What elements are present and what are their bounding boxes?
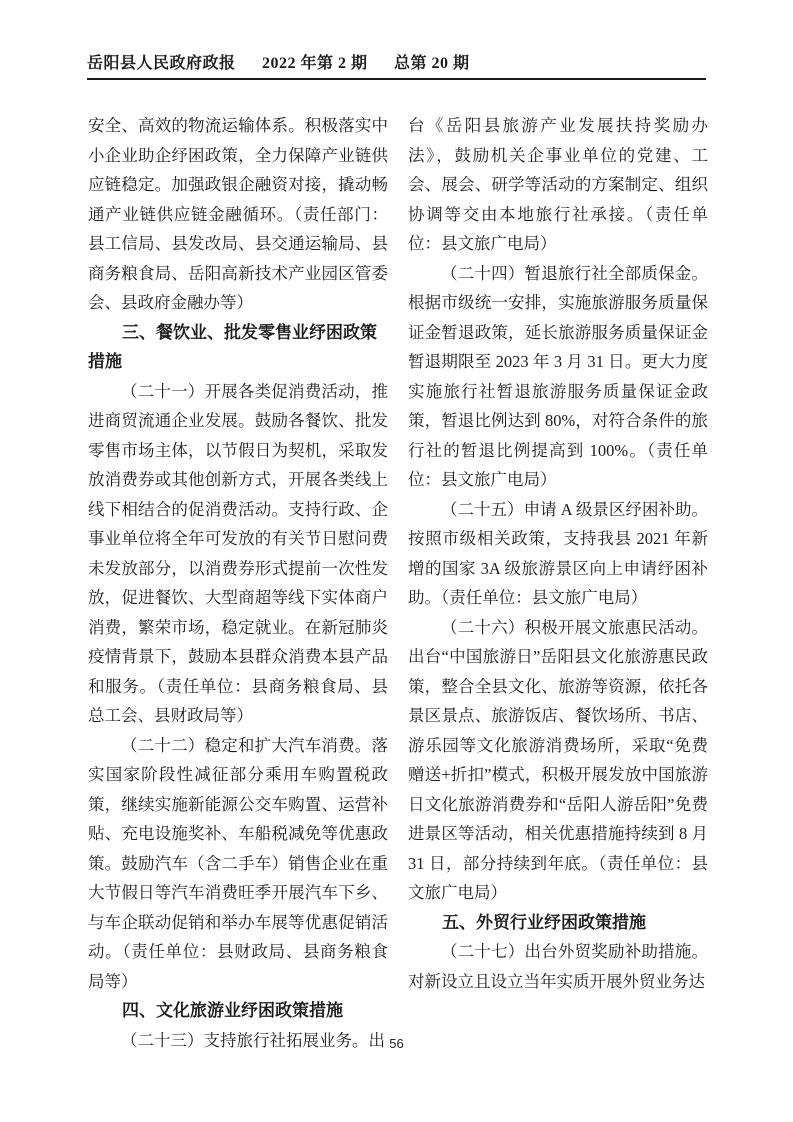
body-paragraph: （二十一）开展各类促消费活动，推进商贸流通企业发展。鼓励各餐饮、批发零售市场主体… [88, 377, 388, 731]
body-paragraph: （二十六）积极开展文旅惠民活动。出台“中国旅游日”岳阳县文化旅游惠民政策，整合全… [408, 613, 708, 908]
section-heading: 五、外贸行业纾困政策措施 [408, 908, 708, 938]
body-paragraph: （二十五）申请 A 级景区纾困补助。按照市级相关政策，支持我县 2021 年新增… [408, 495, 708, 613]
gazette-page: 岳阳县人民政府政报 2022 年第 2 期 总第 20 期 安全、高效的物流运输… [0, 0, 793, 1122]
section-heading: 四、文化旅游业纾困政策措施 [88, 996, 388, 1026]
gazette-title: 岳阳县人民政府政报 [87, 50, 236, 73]
body-paragraph: （二十七）出台外贸奖励补助措施。对新设立且设立当年实质开展外贸业务达 [408, 937, 708, 996]
text-column-right: 台《岳阳县旅游产业发展扶持奖励办法》，鼓励机关企事业单位的党建、工会、展会、研学… [408, 111, 708, 996]
page-number: 56 [0, 1036, 793, 1051]
gazette-issue: 2022 年第 2 期 [262, 50, 368, 73]
body-paragraph: 安全、高效的物流运输体系。积极落实中小企业助企纾困政策，全力保障产业链供应链稳定… [88, 111, 388, 318]
body-paragraph: 台《岳阳县旅游产业发展扶持奖励办法》，鼓励机关企事业单位的党建、工会、展会、研学… [408, 111, 708, 259]
text-column-left: 安全、高效的物流运输体系。积极落实中小企业助企纾困政策，全力保障产业链供应链稳定… [88, 111, 388, 1055]
running-header: 岳阳县人民政府政报 2022 年第 2 期 总第 20 期 [87, 50, 706, 80]
body-paragraph: （二十四）暂退旅行社全部质保金。根据市级统一安排，实施旅游服务质量保证金暂退政策… [408, 259, 708, 495]
body-paragraph: （二十二）稳定和扩大汽车消费。落实国家阶段性减征部分乘用车购置税政策，继续实施新… [88, 731, 388, 997]
gazette-volume: 总第 20 期 [394, 50, 470, 73]
section-heading: 三、餐饮业、批发零售业纾困政策措施 [88, 318, 388, 377]
